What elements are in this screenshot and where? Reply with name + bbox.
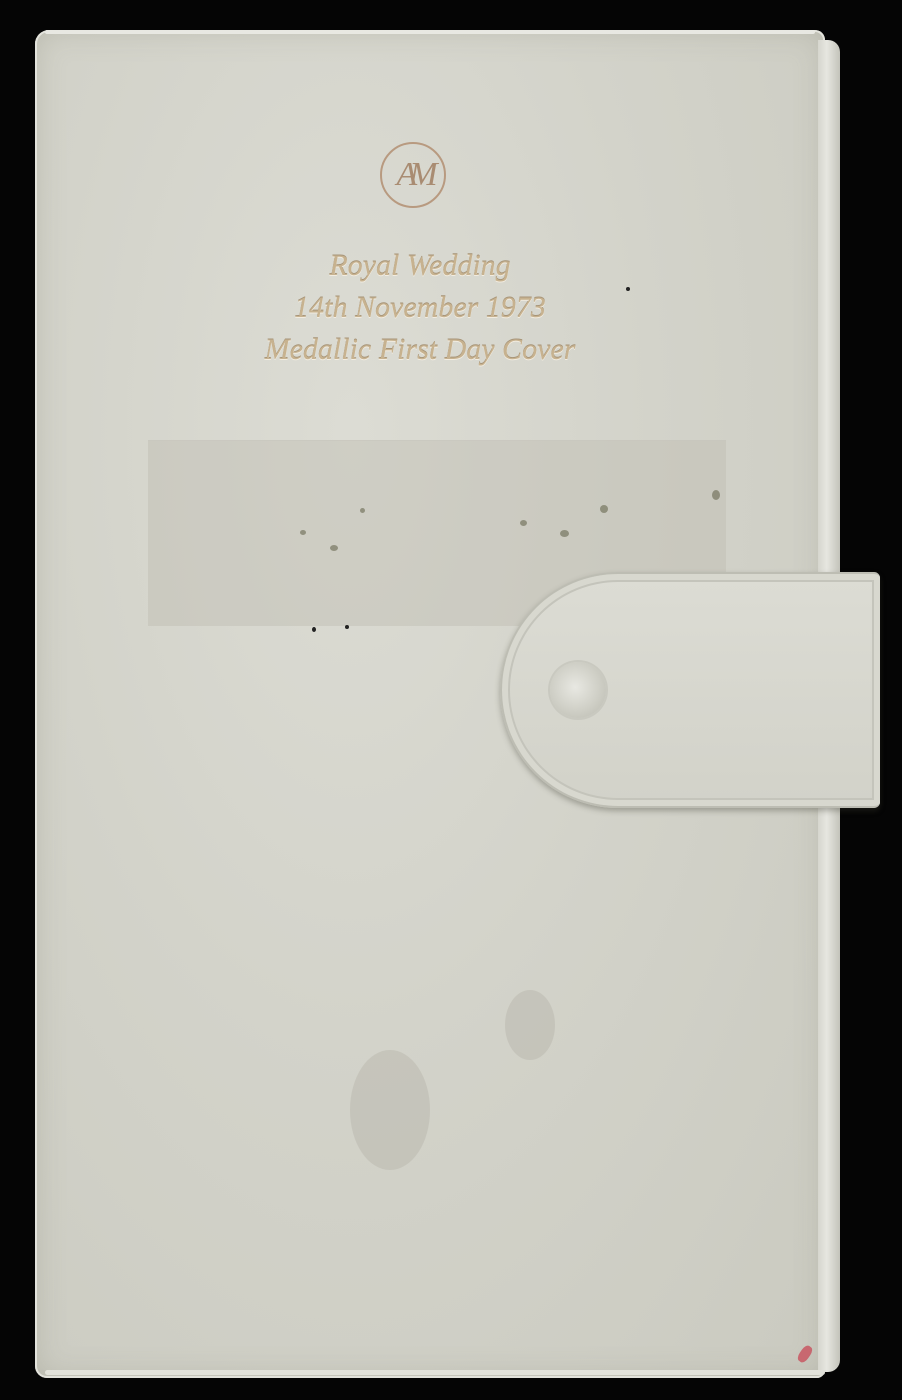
dirt-speck — [300, 530, 306, 535]
dirt-speck — [345, 625, 349, 629]
folder-top-edge — [45, 30, 815, 34]
monogram-icon: AM — [380, 142, 446, 208]
dirt-speck — [600, 505, 608, 513]
dirt-speck — [560, 530, 569, 537]
embossed-inscription: Royal Wedding 14th November 1973 Medalli… — [180, 245, 660, 371]
dirt-speck — [312, 627, 316, 632]
dirt-speck — [520, 520, 527, 526]
dirt-speck — [330, 545, 338, 551]
dirt-speck — [360, 508, 365, 513]
inscription-line-3: Medallic First Day Cover — [180, 329, 660, 371]
stain — [505, 990, 555, 1060]
stain — [350, 1050, 430, 1170]
snap-button-icon[interactable] — [550, 662, 606, 718]
folder-bottom-edge — [45, 1370, 825, 1375]
inscription-line-2: 14th November 1973 — [180, 287, 660, 329]
dirt-speck — [712, 490, 720, 500]
inscription-line-1: Royal Wedding — [180, 245, 660, 287]
